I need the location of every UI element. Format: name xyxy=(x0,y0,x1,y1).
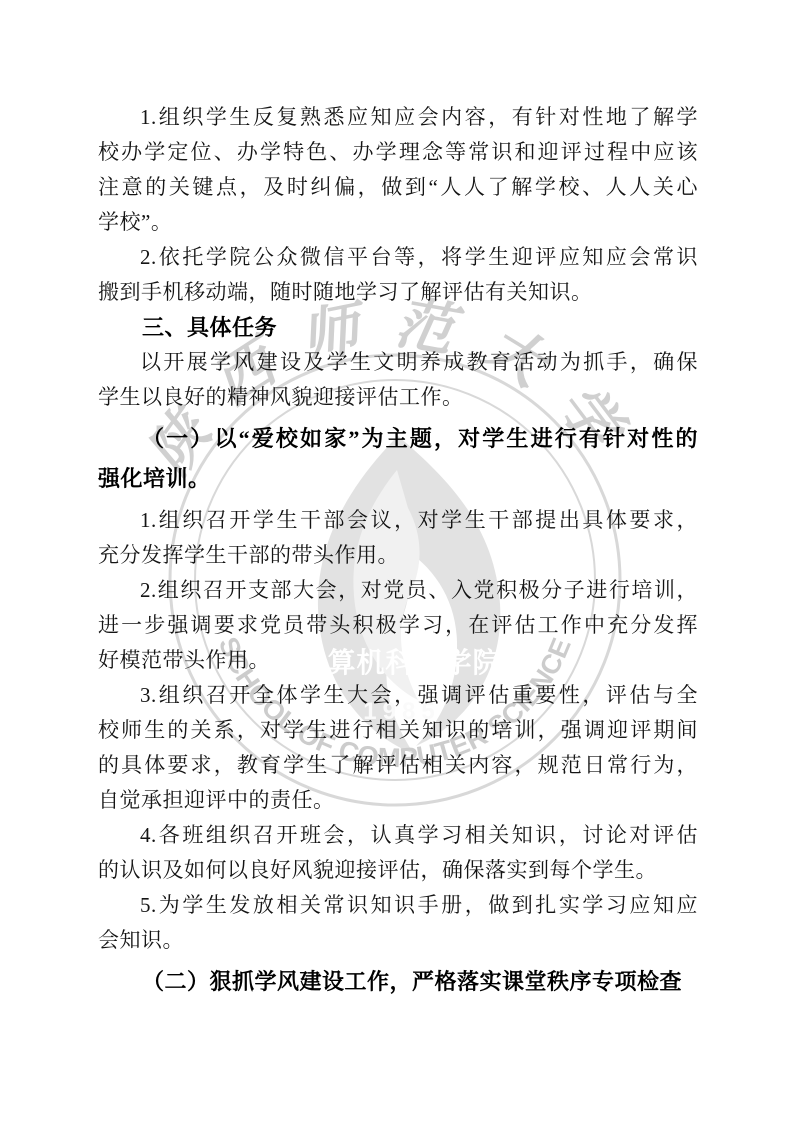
text-line: 注意的关键点，及时纠偏，做到“人人了解学校、人人关心 xyxy=(98,170,698,205)
body-paragraph: 3.组织召开全体学生大会，强调评估重要性，评估与全校师生的关系，对学生进行相关知… xyxy=(98,678,698,818)
text-line: 学生以良好的精神风貌迎接评估工作。 xyxy=(98,380,698,415)
text-line: 自觉承担迎评中的责任。 xyxy=(98,783,698,818)
text-line: 搬到手机移动端，随时随地学习了解评估有关知识。 xyxy=(98,275,698,310)
text-line: 的认识及如何以良好风貌迎接评估，确保落实到每个学生。 xyxy=(98,853,698,888)
text-line: 的具体要求，教育学生了解评估相关内容，规范日常行为， xyxy=(98,748,698,783)
text-line: 三、具体任务 xyxy=(98,310,698,345)
text-line: 5.为学生发放相关常识知识手册，做到扎实学习应知应 xyxy=(98,888,698,923)
text-line: 3.组织召开全体学生大会，强调评估重要性，评估与全 xyxy=(98,678,698,713)
heading-paragraph: （一）以“爱校如家”为主题，对学生进行有针对性的强化培训。 xyxy=(98,419,698,499)
body-paragraph: 2.依托学院公众微信平台等，将学生迎评应知应会常识搬到手机移动端，随时随地学习了… xyxy=(98,240,698,310)
text-line: 4.各班组织召开班会，认真学习相关知识，讨论对评估 xyxy=(98,818,698,853)
text-line: 好模范带头作用。 xyxy=(98,643,698,678)
text-line: 进一步强调要求党员带头积极学习，在评估工作中充分发挥 xyxy=(98,608,698,643)
body-paragraph: 4.各班组织召开班会，认真学习相关知识，讨论对评估的认识及如何以良好风貌迎接评估… xyxy=(98,818,698,888)
document-content: 1.组织学生反复熟悉应知应会内容，有针对性地了解学校办学定位、办学特色、办学理念… xyxy=(98,100,698,1006)
text-line: 强化培训。 xyxy=(98,459,698,499)
text-line: （一）以“爱校如家”为主题，对学生进行有针对性的 xyxy=(98,419,698,459)
body-paragraph: 5.为学生发放相关常识知识手册，做到扎实学习应知应会知识。 xyxy=(98,888,698,958)
text-line: 校师生的关系，对学生进行相关知识的培训，强调迎评期间 xyxy=(98,713,698,748)
text-line: （二）狠抓学风建设工作，严格落实课堂秩序专项检查 xyxy=(98,962,698,1002)
text-line: 会知识。 xyxy=(98,923,698,958)
body-paragraph: 2.组织召开支部大会，对党员、入党积极分子进行培训，进一步强调要求党员带头积极学… xyxy=(98,573,698,678)
document-page: 陕西师范大学 SCHOOL OF COMPUTER SCIENCE 计算机科学学… xyxy=(0,0,794,1123)
body-paragraph: 1.组织召开学生干部会议，对学生干部提出具体要求，充分发挥学生干部的带头作用。 xyxy=(98,503,698,573)
text-line: 以开展学风建设及学生文明养成教育活动为抓手，确保 xyxy=(98,345,698,380)
text-line: 1.组织召开学生干部会议，对学生干部提出具体要求， xyxy=(98,503,698,538)
body-paragraph: 1.组织学生反复熟悉应知应会内容，有针对性地了解学校办学定位、办学特色、办学理念… xyxy=(98,100,698,240)
heading-paragraph: 三、具体任务 xyxy=(98,310,698,345)
text-line: 2.组织召开支部大会，对党员、入党积极分子进行培训， xyxy=(98,573,698,608)
text-line: 充分发挥学生干部的带头作用。 xyxy=(98,538,698,573)
body-paragraph: 以开展学风建设及学生文明养成教育活动为抓手，确保学生以良好的精神风貌迎接评估工作… xyxy=(98,345,698,415)
text-line: 校办学定位、办学特色、办学理念等常识和迎评过程中应该 xyxy=(98,135,698,170)
heading-paragraph: （二）狠抓学风建设工作，严格落实课堂秩序专项检查 xyxy=(98,962,698,1002)
text-line: 2.依托学院公众微信平台等，将学生迎评应知应会常识 xyxy=(98,240,698,275)
text-line: 1.组织学生反复熟悉应知应会内容，有针对性地了解学 xyxy=(98,100,698,135)
text-line: 学校”。 xyxy=(98,205,698,240)
